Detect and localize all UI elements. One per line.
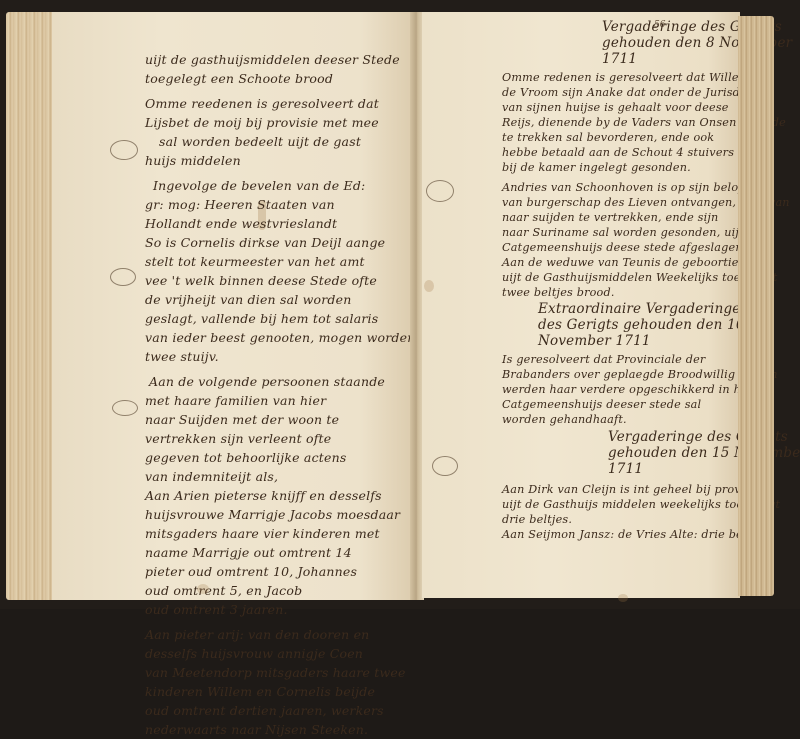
text-line: met haare familien van hier	[145, 391, 415, 410]
paper-stain	[424, 280, 434, 292]
text-line: stelt tot keurmeester van het amt	[145, 252, 415, 271]
text-line: Ingevolge de bevelen van de Ed:	[145, 176, 415, 195]
text-line: naar Suijden met der woon te	[145, 410, 415, 429]
text-line: mitsgaders haare vier kinderen met	[145, 524, 415, 543]
text-line: gr: mog: Heeren Staaten van	[145, 195, 415, 214]
right-page: 56 Vergaderinge des Gerigts gehouden den…	[422, 12, 740, 598]
paper-stain	[618, 594, 628, 602]
text-line: Lijsbet de moij bij provisie met mee	[145, 113, 415, 132]
text-line: gegeven tot behoorlijke actens	[145, 448, 415, 467]
text-line: van indemniteijt als,	[145, 467, 415, 486]
text-line: vee 't welk binnen deese Stede ofte	[145, 271, 415, 290]
open-book: uijt de gasthuijsmiddelen deeser Stede t…	[0, 0, 800, 609]
text-line: naame Marrigje out omtrent 14	[145, 543, 415, 562]
right-page-edges	[738, 16, 774, 596]
left-page-text: uijt de gasthuijsmiddelen deeser Stede t…	[145, 50, 415, 609]
text-line: Aan de volgende persoonen staande	[145, 372, 415, 391]
text-line: So is Cornelis dirkse van Deijl aange	[145, 233, 415, 252]
text-line: toegelegt een Schoote brood	[145, 69, 415, 88]
text-line: Aan Arien pieterse knijff en desselfs	[145, 486, 415, 505]
text-line: huijsvrouwe Marrigje Jacobs moesdaar	[145, 505, 415, 524]
text-line: oud omtrent 3 jaaren.	[145, 600, 415, 609]
text-line: oud omtrent 5, en Jacob	[145, 581, 415, 600]
text-line: huijs middelen	[145, 151, 415, 170]
text-line: geslagt, vallende bij hem tot salaris	[145, 309, 415, 328]
capital-flourish	[110, 140, 138, 160]
text-line: Omme reedenen is geresolveert dat	[145, 94, 415, 113]
text-line: sal worden bedeelt uijt de gast	[145, 132, 415, 151]
text-line: uijt de gasthuijsmiddelen deeser Stede	[145, 50, 415, 69]
left-page-edges	[6, 12, 56, 600]
paper-stain	[197, 584, 209, 594]
left-page: uijt de gasthuijsmiddelen deeser Stede t…	[52, 12, 414, 600]
text-line: twee stuijv.	[145, 347, 415, 366]
text-line: de vrijheijt van dien sal worden	[145, 290, 415, 309]
text-line: van ieder beest genooten, mogen worden	[145, 328, 415, 347]
capital-flourish	[112, 400, 138, 416]
text-line: vertrekken sijn verleent ofte	[145, 429, 415, 448]
text-line: pieter oud omtrent 10, Johannes	[145, 562, 415, 581]
capital-flourish	[110, 268, 136, 286]
text-line: Hollandt ende westvrieslandt	[145, 214, 415, 233]
